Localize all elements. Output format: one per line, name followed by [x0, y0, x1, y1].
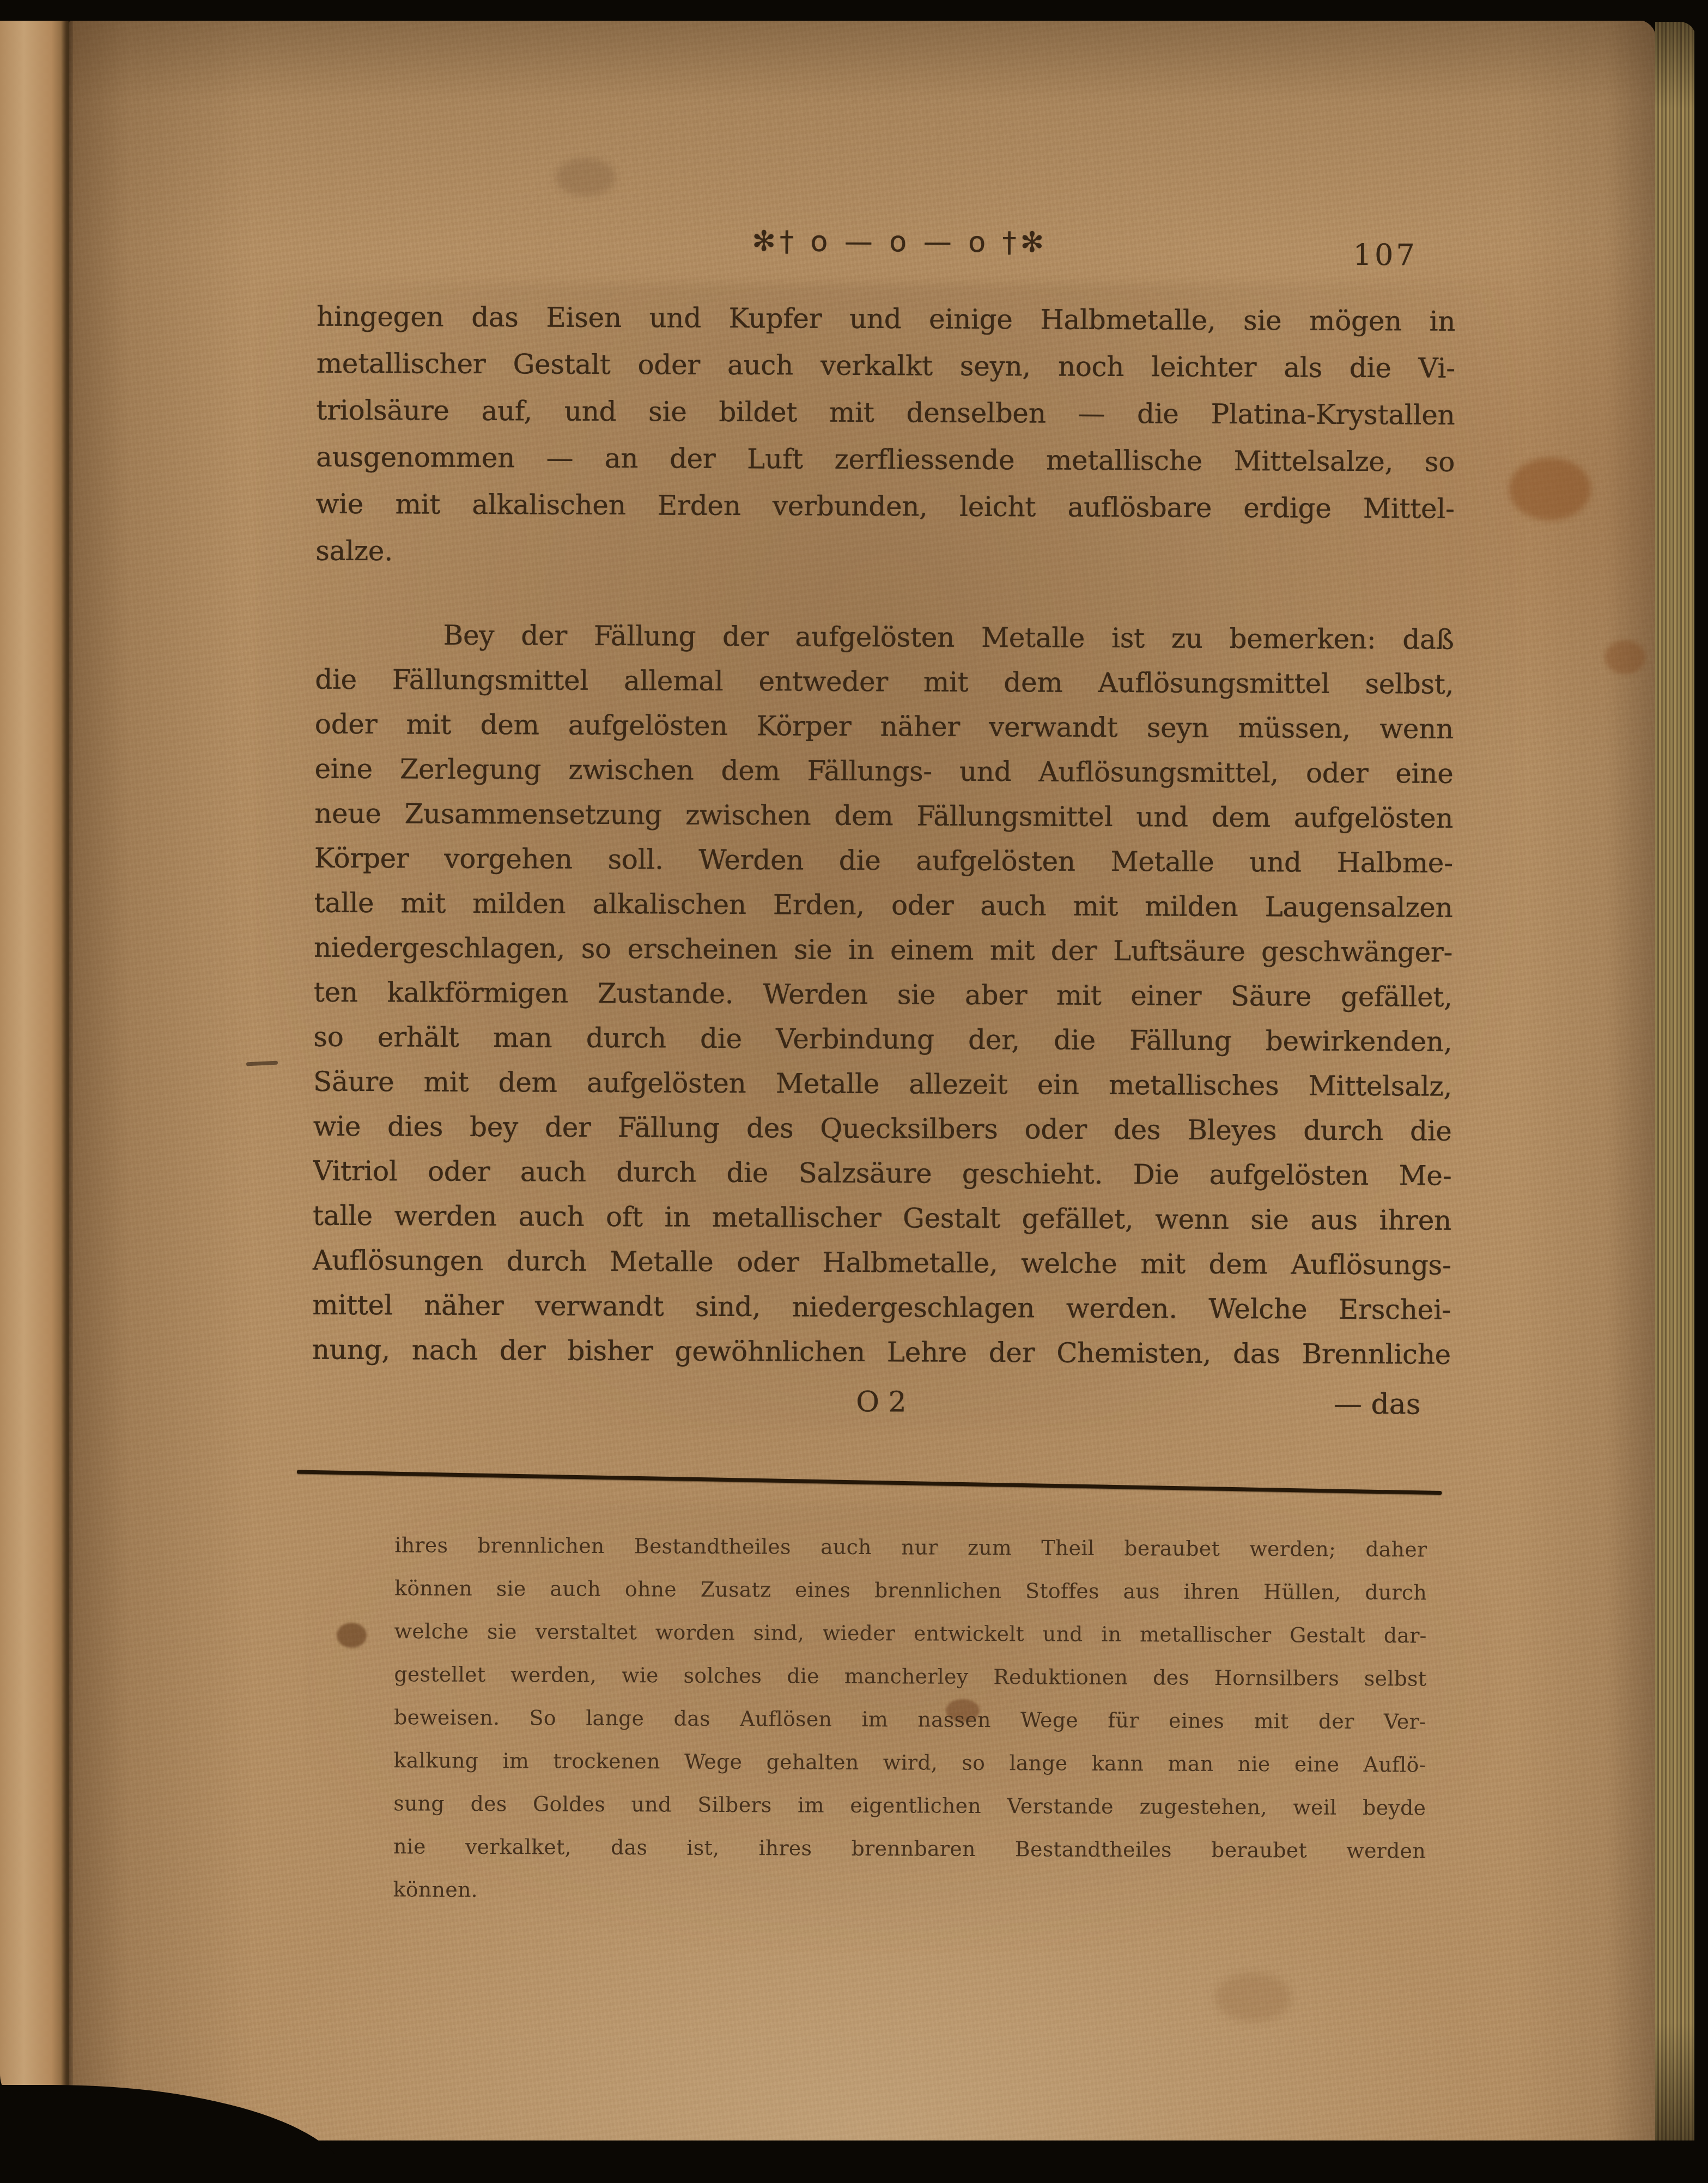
- text-line: talle werden auch oft in metallischer Ge…: [313, 1193, 1451, 1243]
- footnote-line: sung des Goldes und Silbers im eigentlic…: [393, 1782, 1426, 1829]
- printed-text-layer: ✻† o — o — o †✻ 107 hingegen das Eisen u…: [0, 0, 1708, 2183]
- text-line: ten kalkförmigen Zustande. Werden sie ab…: [314, 970, 1452, 1020]
- text-line: wie mit alkalischen Erden verbunden, lei…: [316, 481, 1455, 532]
- text-line: die Fällungsmittel allemal entweder mit …: [315, 657, 1454, 707]
- header-ornament: ✻† o — o — o †✻: [747, 225, 1053, 259]
- text-line: talle mit milden alkalischen Erden, oder…: [314, 881, 1452, 930]
- text-line: Körper vorgehen soll. Werden die aufgelö…: [314, 836, 1453, 886]
- footnote-line: können.: [393, 1868, 1425, 1915]
- text-line: nung, nach der bisher gewöhnlichen Lehre…: [312, 1327, 1451, 1377]
- footnote-line: nie verkalket, das ist, ihres brennbaren…: [393, 1825, 1426, 1872]
- text-line: neue Zusammensetzung zwischen dem Fällun…: [314, 791, 1453, 841]
- gathering-signature: O 2: [312, 1375, 1450, 1429]
- text-line: Bey der Fällung der aufgelösten Metalle …: [315, 613, 1454, 662]
- page-number: 107: [1353, 238, 1417, 272]
- paragraph-2: Bey der Fällung der aufgelösten Metalle …: [312, 613, 1454, 1377]
- text-line: ausgenommen — an der Luft zerfliessende …: [316, 434, 1455, 486]
- text-line: Vitriol oder auch durch die Salzsäure ge…: [313, 1149, 1451, 1198]
- text-line: niedergeschlagen, so erscheinen sie in e…: [314, 925, 1452, 975]
- page-header: ✻† o — o — o †✻ 107: [317, 220, 1456, 280]
- footnote-separator-rule: [297, 1470, 1442, 1495]
- text-line: salze.: [315, 527, 1454, 579]
- text-line: Auflösungen durch Metalle oder Halbmetal…: [312, 1238, 1451, 1288]
- text-line: eine Zerlegung zwischen dem Fällungs- un…: [314, 747, 1453, 796]
- footnote-line: ihres brennlichen Bestandtheiles auch nu…: [394, 1524, 1427, 1571]
- text-line: triolsäure auf, und sie bildet mit dense…: [316, 387, 1455, 439]
- footnote-line: kalkung im trockenen Wege gehalten wird,…: [393, 1739, 1426, 1786]
- text-line: hingegen das Eisen und Kupfer und einige…: [317, 293, 1455, 345]
- text-line: so erhält man durch die Verbindung der, …: [313, 1015, 1452, 1064]
- footnote-line: können sie auch ohne Zusatz eines brennl…: [394, 1567, 1427, 1614]
- paragraph-1: hingegen das Eisen und Kupfer und einige…: [315, 293, 1455, 579]
- text-line: mittel näher verwandt sind, niedergeschl…: [312, 1283, 1451, 1332]
- text-line: metallischer Gestalt oder auch verkalkt …: [317, 340, 1455, 392]
- text-line: oder mit dem aufgelösten Körper näher ve…: [315, 702, 1454, 751]
- text-line: wie dies bey der Fällung des Quecksilber…: [313, 1104, 1452, 1154]
- footnote-line: beweisen. So lange das Auflösen im nasse…: [394, 1696, 1426, 1743]
- footnote-line: gestellet werden, wie solches die manche…: [394, 1653, 1426, 1700]
- scanned-book-page: ✻† o — o — o †✻ 107 hingegen das Eisen u…: [0, 0, 1708, 2183]
- footnote-block: ihres brennlichen Bestandtheiles auch nu…: [393, 1524, 1427, 1915]
- signature-row: O 2 — das: [312, 1375, 1450, 1429]
- catchword: — das: [1334, 1380, 1421, 1429]
- text-line: Säure mit dem aufgelösten Metalle alleze…: [313, 1059, 1452, 1109]
- footnote-line: welche sie verstaltet worden sind, wiede…: [394, 1610, 1426, 1657]
